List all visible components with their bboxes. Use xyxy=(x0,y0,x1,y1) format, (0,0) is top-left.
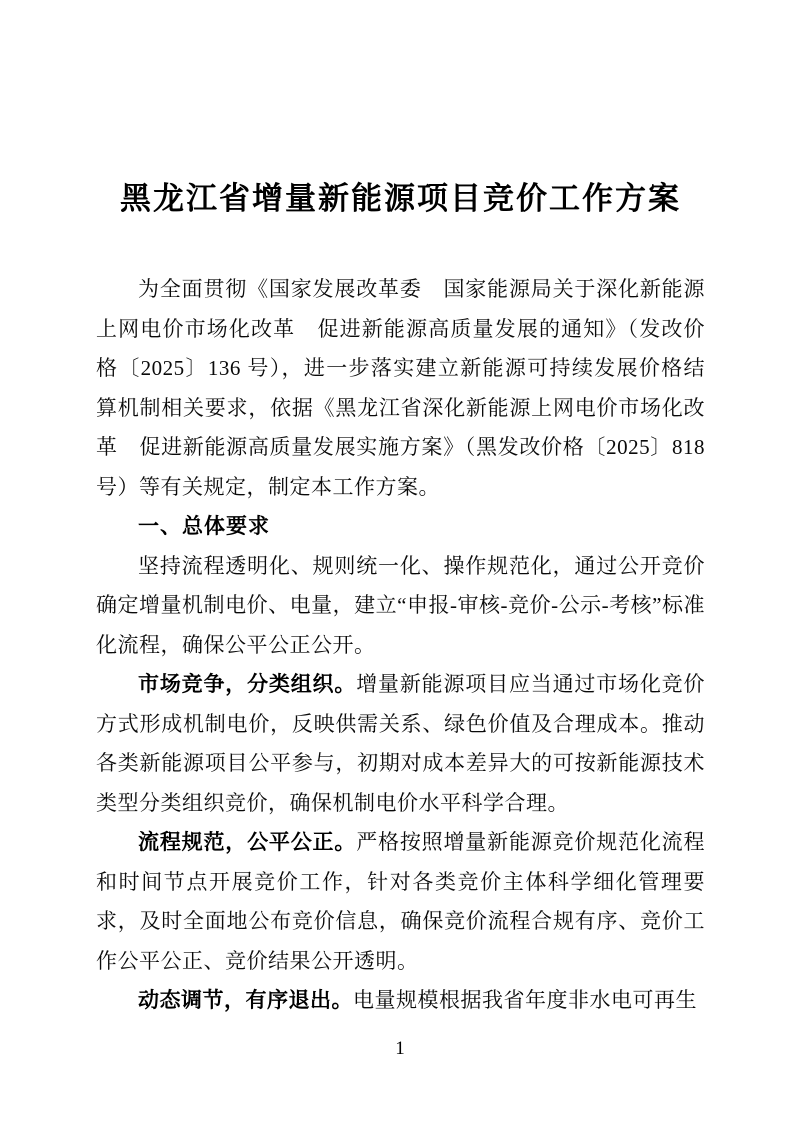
paragraph-dynamic-adjustment-lead: 动态调节，有序退出。 xyxy=(138,989,353,1012)
document-body: 为全面贯彻《国家发展改革委 国家能源局关于深化新能源上网电价市场化改革 促进新能… xyxy=(96,270,705,1021)
paragraph-process-fairness: 流程规范，公平公正。严格按照增量新能源竞价规范化流程和时间节点开展竞价工作，针对… xyxy=(96,823,705,981)
document-page: 黑龙江省增量新能源项目竞价工作方案 为全面贯彻《国家发展改革委 国家能源局关于深… xyxy=(0,0,800,1131)
paragraph-intro-text: 为全面贯彻《国家发展改革委 国家能源局关于深化新能源上网电价市场化改革 促进新能… xyxy=(96,277,705,499)
paragraph-principles: 坚持流程透明化、规则统一化、操作规范化，通过公开竞价确定增量机制电价、电量，建立… xyxy=(96,547,705,666)
paragraph-dynamic-adjustment: 动态调节，有序退出。电量规模根据我省年度非水电可再生 xyxy=(96,981,705,1021)
section-heading-text: 一、总体要求 xyxy=(138,515,270,538)
section-heading-overall-requirements: 一、总体要求 xyxy=(96,507,705,547)
page-number: 1 xyxy=(0,1038,800,1060)
paragraph-intro: 为全面贯彻《国家发展改革委 国家能源局关于深化新能源上网电价市场化改革 促进新能… xyxy=(96,270,705,507)
paragraph-principles-text: 坚持流程透明化、规则统一化、操作规范化，通过公开竞价确定增量机制电价、电量，建立… xyxy=(96,554,705,657)
paragraph-market-competition-lead: 市场竞争，分类组织。 xyxy=(138,673,356,696)
paragraph-market-competition: 市场竞争，分类组织。增量新能源项目应当通过市场化竞价方式形成机制电价，反映供需关… xyxy=(96,665,705,823)
paragraph-process-fairness-lead: 流程规范，公平公正。 xyxy=(138,831,356,854)
paragraph-dynamic-adjustment-text: 电量规模根据我省年度非水电可再生 xyxy=(353,988,697,1012)
document-title: 黑龙江省增量新能源项目竞价工作方案 xyxy=(0,0,800,218)
